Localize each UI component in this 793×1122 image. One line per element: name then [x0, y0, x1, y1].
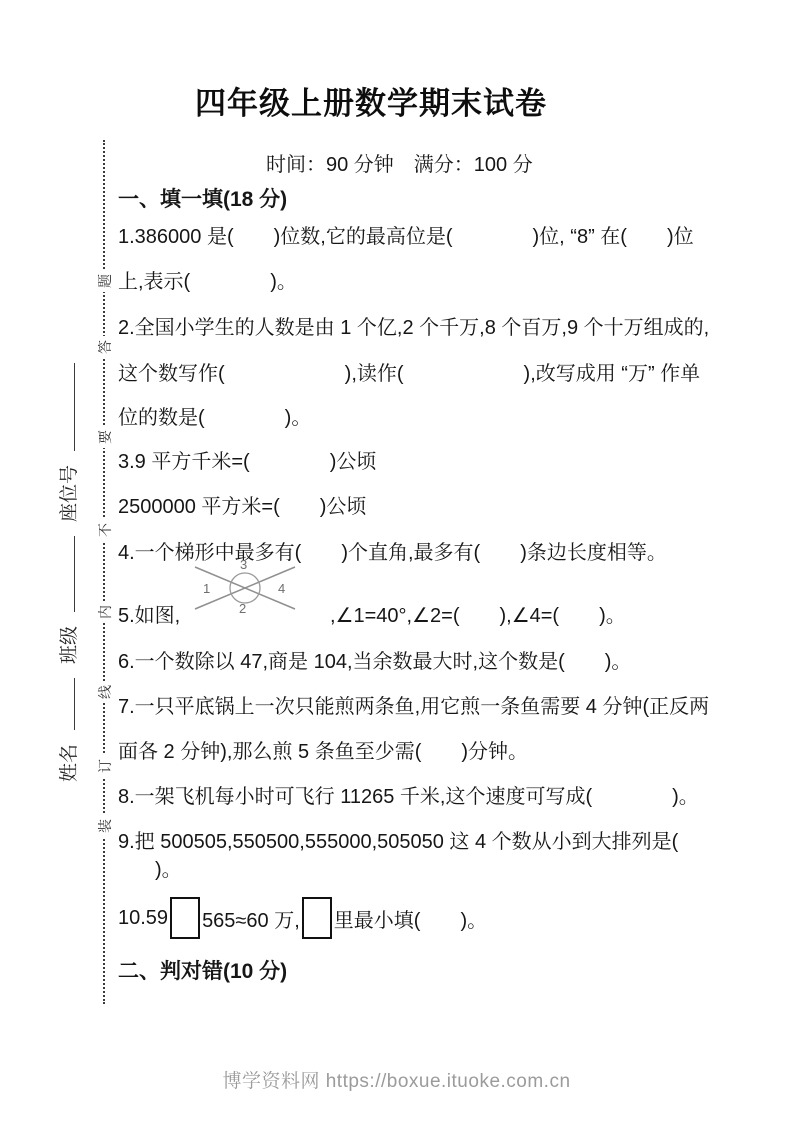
question-1-line-1: 1.386000 是( )位数,它的最高位是( )位, “8” 在( )位 [118, 223, 694, 251]
intersecting-lines-figure: 3 1 4 2 [188, 556, 300, 616]
question-2-line-3: 位的数是( )。 [118, 404, 311, 432]
blank-box [170, 897, 200, 939]
question-9-line-2: )。 [135, 856, 182, 884]
seat-number-blank-line [73, 363, 75, 451]
binding-char: 装 [95, 815, 115, 837]
binding-char: 答 [95, 336, 115, 358]
question-5-prefix: 5.如图, [118, 602, 180, 630]
angle-3-label: 3 [240, 557, 247, 572]
question-10: 10.59 565≈60 万, 里最小填( )。 [118, 896, 487, 940]
section-2-heading: 二、判对错(10 分) [118, 955, 287, 985]
question-5-suffix: ,∠1=40°,∠2=( ),∠4=( )。 [330, 602, 626, 630]
binding-char: 内 [95, 601, 115, 623]
seat-number-label: 座位号 [54, 465, 81, 522]
question-8: 8.一架飞机每小时可飞行 11265 千米,这个速度可写成( )。 [118, 783, 699, 811]
section-1-heading: 一、填一填(18 分) [118, 183, 287, 213]
question-6: 6.一个数除以 47,商是 104,当余数最大时,这个数是( )。 [118, 648, 631, 676]
angle-1-label: 1 [203, 581, 210, 596]
binding-char: 题 [95, 270, 115, 292]
question-9-line-1: 9.把 500505,550500,555000,505050 这 4 个数从小… [118, 828, 678, 856]
angle-2-label: 2 [239, 601, 246, 616]
question-10-part-c: 里最小填( )。 [334, 904, 487, 933]
exam-meta: 时间：90 分钟 满分：100 分 [266, 148, 533, 177]
question-7-line-1: 7.一只平底锅上一次只能煎两条鱼,用它煎一条鱼需要 4 分钟(正反两 [118, 693, 709, 721]
site-watermark: 博学资料网 https://boxue.ituoke.com.cn [0, 1066, 793, 1093]
binding-char: 线 [95, 681, 115, 703]
question-1-line-2: 上,表示( )。 [118, 268, 297, 296]
binding-char: 订 [95, 755, 115, 777]
question-3-line-1: 3.9 平方千米=( )公顷 [118, 448, 376, 476]
question-3-line-2: 2500000 平方米=( )公顷 [118, 493, 366, 521]
gutter-labels: 姓名 班级 座位号 [56, 338, 78, 782]
question-2-line-1: 2.全国小学生的人数是由 1 个亿,2 个千万,8 个百万,9 个十万组成的, [118, 314, 709, 342]
class-blank-line [73, 536, 75, 612]
blank-box [302, 897, 332, 939]
angle-4-label: 4 [278, 581, 285, 596]
class-label: 班级 [54, 626, 81, 664]
page-title: 四年级上册数学期末试卷 [195, 78, 547, 123]
binding-char: 要 [95, 426, 115, 448]
exam-page: 四年级上册数学期末试卷 时间：90 分钟 满分：100 分 题 答 要 不 内 … [0, 0, 793, 1122]
question-10-part-a: 10.59 [118, 907, 168, 930]
name-label: 姓名 [54, 744, 81, 782]
question-10-part-b: 565≈60 万, [202, 904, 300, 933]
question-2-line-2: 这个数写作( ),读作( ),改写成用 “万” 作单 [118, 360, 700, 388]
question-7-line-2: 面各 2 分钟),那么煎 5 条鱼至少需( )分钟。 [118, 738, 528, 766]
name-blank-line [73, 678, 75, 730]
binding-char: 不 [95, 519, 115, 541]
